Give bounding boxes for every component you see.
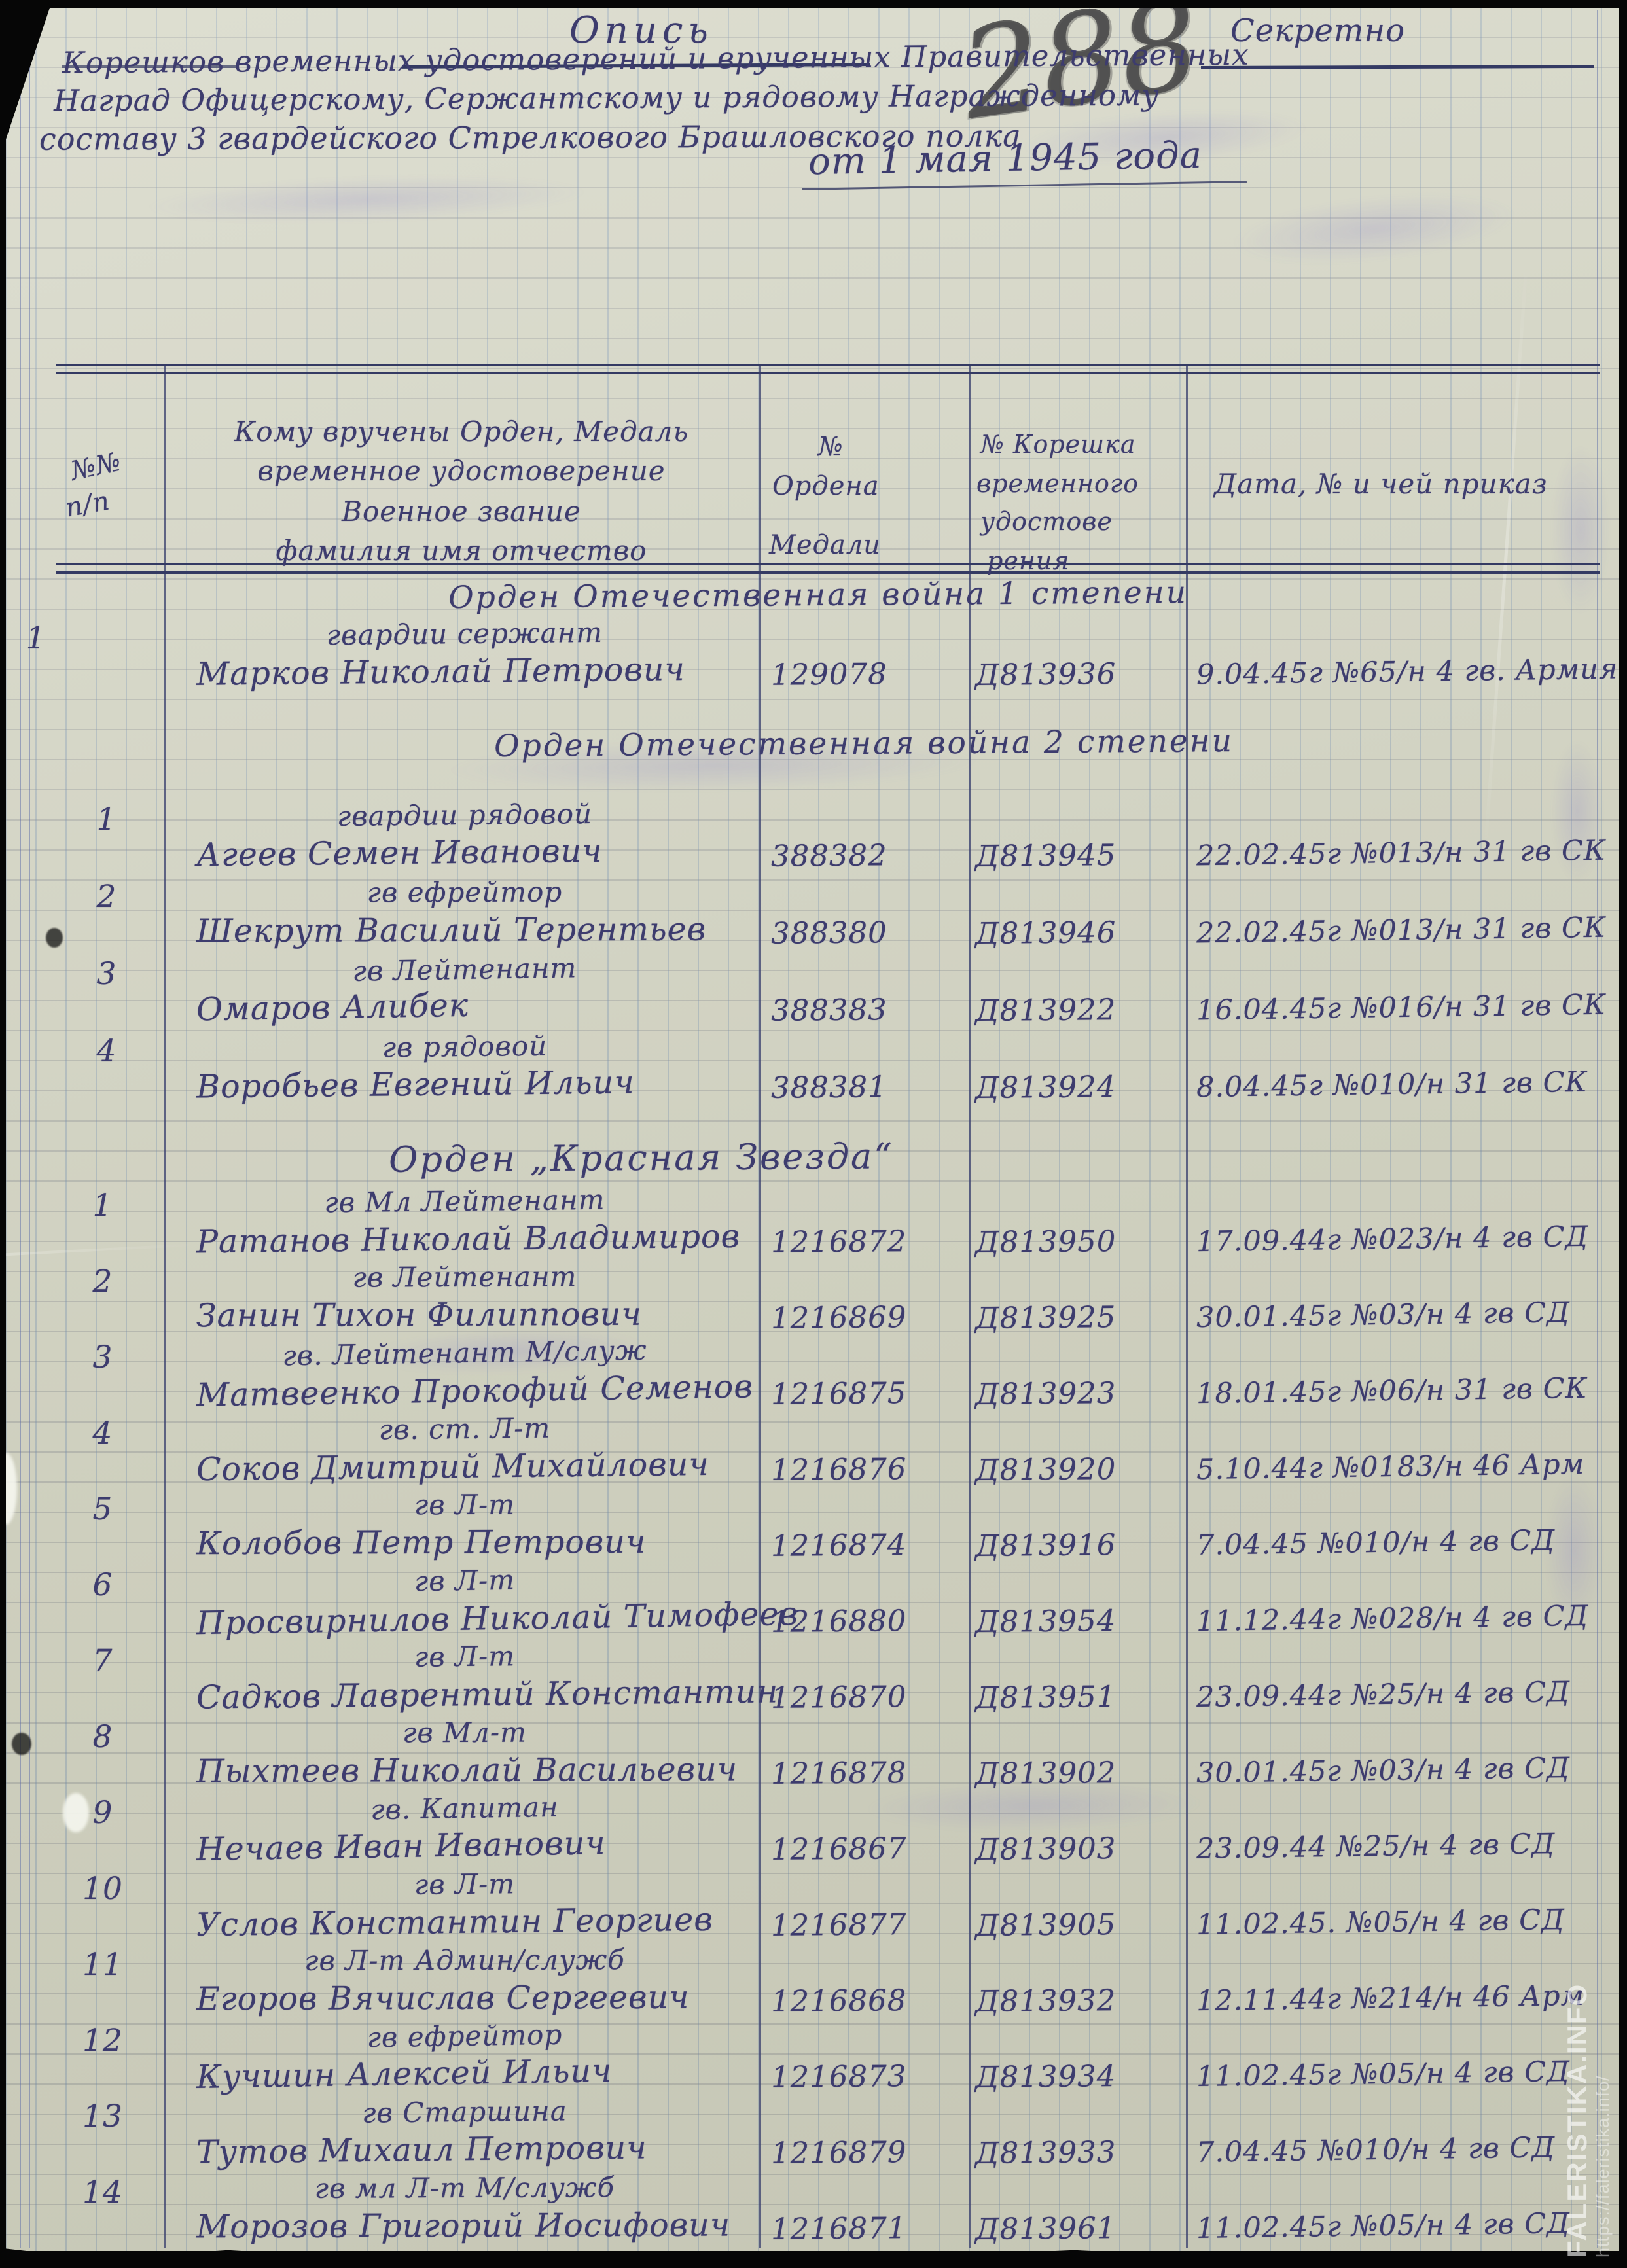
row-rank: гвардии рядовой [177,798,753,832]
row-number: 5 [73,1493,132,1525]
row-stub-number: Д813932 [975,1985,1117,2017]
row-order-number: 1216877 [771,1909,907,1941]
table-row: 3гв. Лейтенант М/служМатвеенко Прокофий … [0,1338,1627,1413]
table-row: 9гв. КапитанНечаев Иван Иванович1216867Д… [0,1793,1627,1869]
row-stub-number: Д813933 [975,2136,1117,2169]
table-row: 8гв Мл-тПыхтеев Николай Васильевич121687… [0,1717,1627,1793]
row-name: Агеев Семен Иванович [196,834,603,872]
heading-line-4: от 1 мая 1945 года [808,137,1203,182]
row-number: 14 [73,2176,132,2208]
row-rank: гв Л-т Админ/служб [177,1945,753,1976]
row-number: 1 [7,622,65,654]
scan-edge-top [0,0,1627,8]
row-name: Марков Николай Петрович [196,652,685,691]
header-col-stub-line4: рения [987,548,1069,575]
header-col-stub-line1: № Корешка [980,432,1135,458]
ink-layer: Опись 288 Секретно Корешков временных уд… [0,0,1627,2268]
table-row: 3гв ЛейтенантОмаров Алибек388383Д8139221… [0,954,1627,1031]
row-rank: гв. Капитан [177,1790,753,1828]
row-rank: гв ефрейтор [177,2017,753,2055]
row-order-number: 388382 [771,840,887,872]
row-name: Омаров Алибек [196,989,469,1027]
watermark-site: FALERISTIKA.INFO [1562,1930,1593,2258]
row-name: Морозов Григорий Иосифович [196,2208,730,2244]
table-row: 1гвардии сержантМарков Николай Петрович1… [0,618,1627,696]
row-order-info: 30.01.45г №03/н 4 гв СД [1196,1298,1571,1333]
row-name: Нечаев Иван Иванович [196,1826,606,1866]
section-title: Орден Отечественная война 2 степени [275,724,1453,764]
row-order-info: 18.01.45г №06/н 31 гв СК [1196,1374,1588,1409]
row-number: 13 [73,2100,132,2133]
row-stub-number: Д813945 [975,840,1117,872]
header-col-num-line2: п/п [63,487,112,522]
heading-line-1: Корешков временных удостоверений и вруче… [62,39,1249,79]
header-col-recipient-line2: временное удостоверение [167,457,756,486]
row-order-number: 1216873 [771,2061,907,2093]
row-order-number: 1216878 [771,1757,907,1789]
row-number: 8 [73,1721,132,1753]
row-order-number: 388383 [771,994,887,1026]
row-number: 4 [77,1035,136,1067]
section-title: Орден Отечественная война 1 степени [196,575,1440,616]
header-col-order-line2: Ордена [772,472,880,500]
row-number: 7 [73,1645,132,1677]
row-number: 2 [73,1266,132,1298]
row-rank: гв Л-т [177,1562,753,1600]
row-order-number: 1216876 [771,1453,907,1485]
row-order-number: 129078 [771,658,887,690]
row-order-info: 22.02.45г №013/н 31 гв СК [1196,913,1607,949]
header-col-stub-line3: удостове [980,509,1113,535]
row-order-number: 1216874 [771,1529,907,1561]
table-row: 4гв. ст. Л-тСоков Дмитрий Михайлович1216… [0,1413,1627,1489]
row-order-number: 1216879 [771,2136,907,2169]
document-scan: Опись 288 Секретно Корешков временных уд… [0,0,1627,2268]
row-order-info: 7.04.45 №010/н 4 гв СД [1196,2133,1556,2168]
row-order-number: 1216880 [771,1605,907,1637]
row-stub-number: Д813936 [975,658,1117,690]
row-rank: гв Л-т [177,1489,753,1520]
row-order-info: 11.02.45г №05/н 4 гв СД [1196,2057,1571,2092]
row-order-number: 1216870 [771,1681,907,1713]
watermark-url: https://faleristika.info/ [1593,1937,1613,2258]
row-rank: гв Старшина [177,2095,753,2129]
scan-edge-right [1619,0,1627,2268]
row-name: Услов Константин Георгиев [196,1903,713,1942]
row-number: 2 [77,881,136,913]
row-number: 3 [77,958,136,990]
row-name: Колобов Петр Петрович [196,1525,647,1561]
header-col-order-info: Дата, № и чей приказ [1214,470,1548,499]
row-rank: гв Мл-т [177,1717,753,1748]
row-name: Ратанов Николай Владимиров [196,1220,740,1259]
row-rank: гв Л-т [177,1639,753,1674]
row-order-number: 1216867 [771,1833,907,1865]
row-order-info: 5.10.44г №0183/н 46 Арм [1196,1450,1585,1485]
row-rank: гв Мл Лейтенант [177,1184,753,1218]
row-rank: гвардии сержант [177,616,753,651]
table-row: 7гв Л-тСадков Лаврентий Константин121687… [0,1641,1627,1717]
secret-stamp: Секретно [1230,14,1405,47]
table-row: 4гв рядовойВоробьев Евгений Ильич388381Д… [0,1031,1627,1108]
row-stub-number: Д813954 [975,1605,1117,1637]
row-stub-number: Д813924 [975,1071,1117,1103]
paper-hole [46,928,63,948]
table-row: 5гв Л-тКолобов Петр Петрович1216874Д8139… [0,1489,1627,1565]
row-stub-number: Д813916 [975,1529,1117,1561]
row-number: 1 [77,804,136,836]
row-number: 1 [73,1190,132,1222]
row-stub-number: Д813934 [975,2061,1117,2093]
row-order-number: 1216872 [771,1226,907,1258]
row-order-info: 23.09.44г №25/н 4 гв СД [1196,1678,1571,1712]
row-order-info: 16.04.45г №016/н 31 гв СК [1196,991,1607,1026]
row-rank: гв мл Л-т М/служб [177,2172,753,2203]
row-number: 11 [73,1949,132,1981]
row-stub-number: Д813961 [975,2212,1117,2244]
row-order-number: 1216875 [771,1377,907,1409]
row-name: Пыхтеев Николай Васильевич [196,1753,738,1788]
row-rank: гв Л-т [177,1867,753,1902]
row-order-info: 8.04.45г №010/н 31 гв СК [1196,1068,1588,1103]
table-row: 1гв Мл ЛейтенантРатанов Николай Владимир… [0,1186,1627,1262]
heading-line-2: Наград Офицерскому, Сержантскому и рядов… [54,80,1160,116]
table-row: 2гв ЛейтенантЗанин Тихон Филиппович12168… [0,1262,1627,1338]
header-col-order-line3: Медали [769,531,881,559]
row-order-info: 17.09.44г №023/н 4 гв СД [1196,1222,1589,1258]
row-stub-number: Д813922 [975,994,1117,1026]
row-order-number: 388380 [771,917,887,949]
paper-hole [12,1733,31,1755]
row-number: 4 [73,1417,132,1449]
header-col-stub-line2: временного [976,471,1139,497]
row-rank: гв ефрейтор [177,877,753,908]
header-col-recipient-line1: Кому вручены Орден, Медаль [167,417,756,446]
row-number: 6 [73,1569,132,1601]
row-name: Занин Тихон Филиппович [196,1298,642,1333]
table-row: 6гв Л-тПросвирнилов Николай Тимофеев1216… [0,1565,1627,1641]
row-name: Просвирнилов Николай Тимофеев [196,1597,799,1640]
table-top-rule-a [56,364,1600,366]
row-name: Соков Дмитрий Михайлович [196,1447,709,1487]
header-col-num-line1: №№ [68,448,124,485]
row-stub-number: Д813951 [975,1681,1117,1713]
row-order-info: 11.02.45. №05/н 4 гв СД [1196,1905,1565,1940]
row-stub-number: Д813925 [975,1302,1117,1334]
row-rank: гв рядовой [177,1029,753,1064]
row-order-info: 11.12.44г №028/н 4 гв СД [1196,1602,1589,1637]
table-row: 10гв Л-тУслов Константин Георгиев1216877… [0,1869,1627,1945]
row-stub-number: Д813902 [975,1757,1117,1789]
row-stub-number: Д813920 [975,1453,1117,1485]
row-number: 3 [73,1341,132,1373]
header-col-order-line1: № [818,433,844,461]
table-row: 12гв ефрейторКучшин Алексей Ильич1216873… [0,2021,1627,2097]
row-stub-number: Д813946 [975,917,1117,949]
scan-edge-left [0,0,6,2268]
row-order-info: 12.11.44г №214/н 46 Арм [1196,1981,1585,2016]
section-title: Орден „Красная Звезда“ [223,1137,1060,1180]
row-stub-number: Д813905 [975,1909,1117,1941]
row-rank: гв Лейтенант [177,951,753,989]
table-row: 2гв ефрейторШекрут Василий Терентьев3883… [0,877,1627,954]
row-rank: гв. ст. Л-т [177,1411,753,1446]
row-order-number: 1216871 [771,2212,907,2244]
row-name: Тутов Михаил Петрович [196,2131,647,2169]
row-stub-number: Д813903 [975,1833,1117,1865]
row-stub-number: Д813923 [975,1377,1117,1409]
row-order-info: 23.09.44 №25/н 4 гв СД [1196,1830,1556,1864]
torn-spot [63,1793,89,1832]
row-order-info: 9.04.45г №65/н 4 гв. Армия [1196,655,1618,690]
row-number: 10 [73,1873,132,1905]
row-order-number: 388381 [771,1071,887,1103]
table-row: 14гв мл Л-т М/службМорозов Григорий Иоси… [0,2172,1627,2248]
table-top-rule-b [56,372,1600,374]
table-row: 13гв СтаршинаТутов Михаил Петрович121687… [0,2097,1627,2172]
secret-underline [1201,65,1594,69]
row-order-number: 1216869 [771,1302,907,1334]
row-rank: гв Лейтенант [177,1262,753,1292]
header-col-recipient-line4: фамилия имя отчество [167,537,756,565]
row-stub-number: Д813950 [975,1226,1117,1258]
row-order-number: 1216868 [771,1985,907,2017]
table-row: 1гвардии рядовойАгеев Семен Иванович3883… [0,800,1627,877]
row-number: 12 [73,2025,132,2057]
table-row: 11гв Л-т Админ/службЕгоров Вячислав Серг… [0,1945,1627,2021]
row-name: Воробьев Евгений Ильич [196,1065,635,1103]
row-order-info: 22.02.45г №013/н 31 гв СК [1196,836,1607,872]
row-name: Шекрут Василий Терентьев [196,913,706,948]
row-order-info: 30.01.45г №03/н 4 гв СД [1196,1754,1571,1788]
header-col-recipient-line3: Военное звание [167,497,756,526]
row-order-info: 7.04.45 №010/н 4 гв СД [1196,1526,1556,1561]
row-name: Егоров Вячислав Сергеевич [196,1981,690,2016]
row-name: Садков Лаврентий Константин [196,1674,779,1714]
row-rank: гв. Лейтенант М/служ [177,1334,753,1372]
row-name: Кучшин Алексей Ильич [196,2054,613,2094]
row-name: Матвеенко Прокофий Семенов [196,1370,753,1412]
row-order-info: 11.02.45г №05/н 4 гв СД [1196,2209,1571,2244]
table-header-bottom-rule-b [56,571,1600,574]
